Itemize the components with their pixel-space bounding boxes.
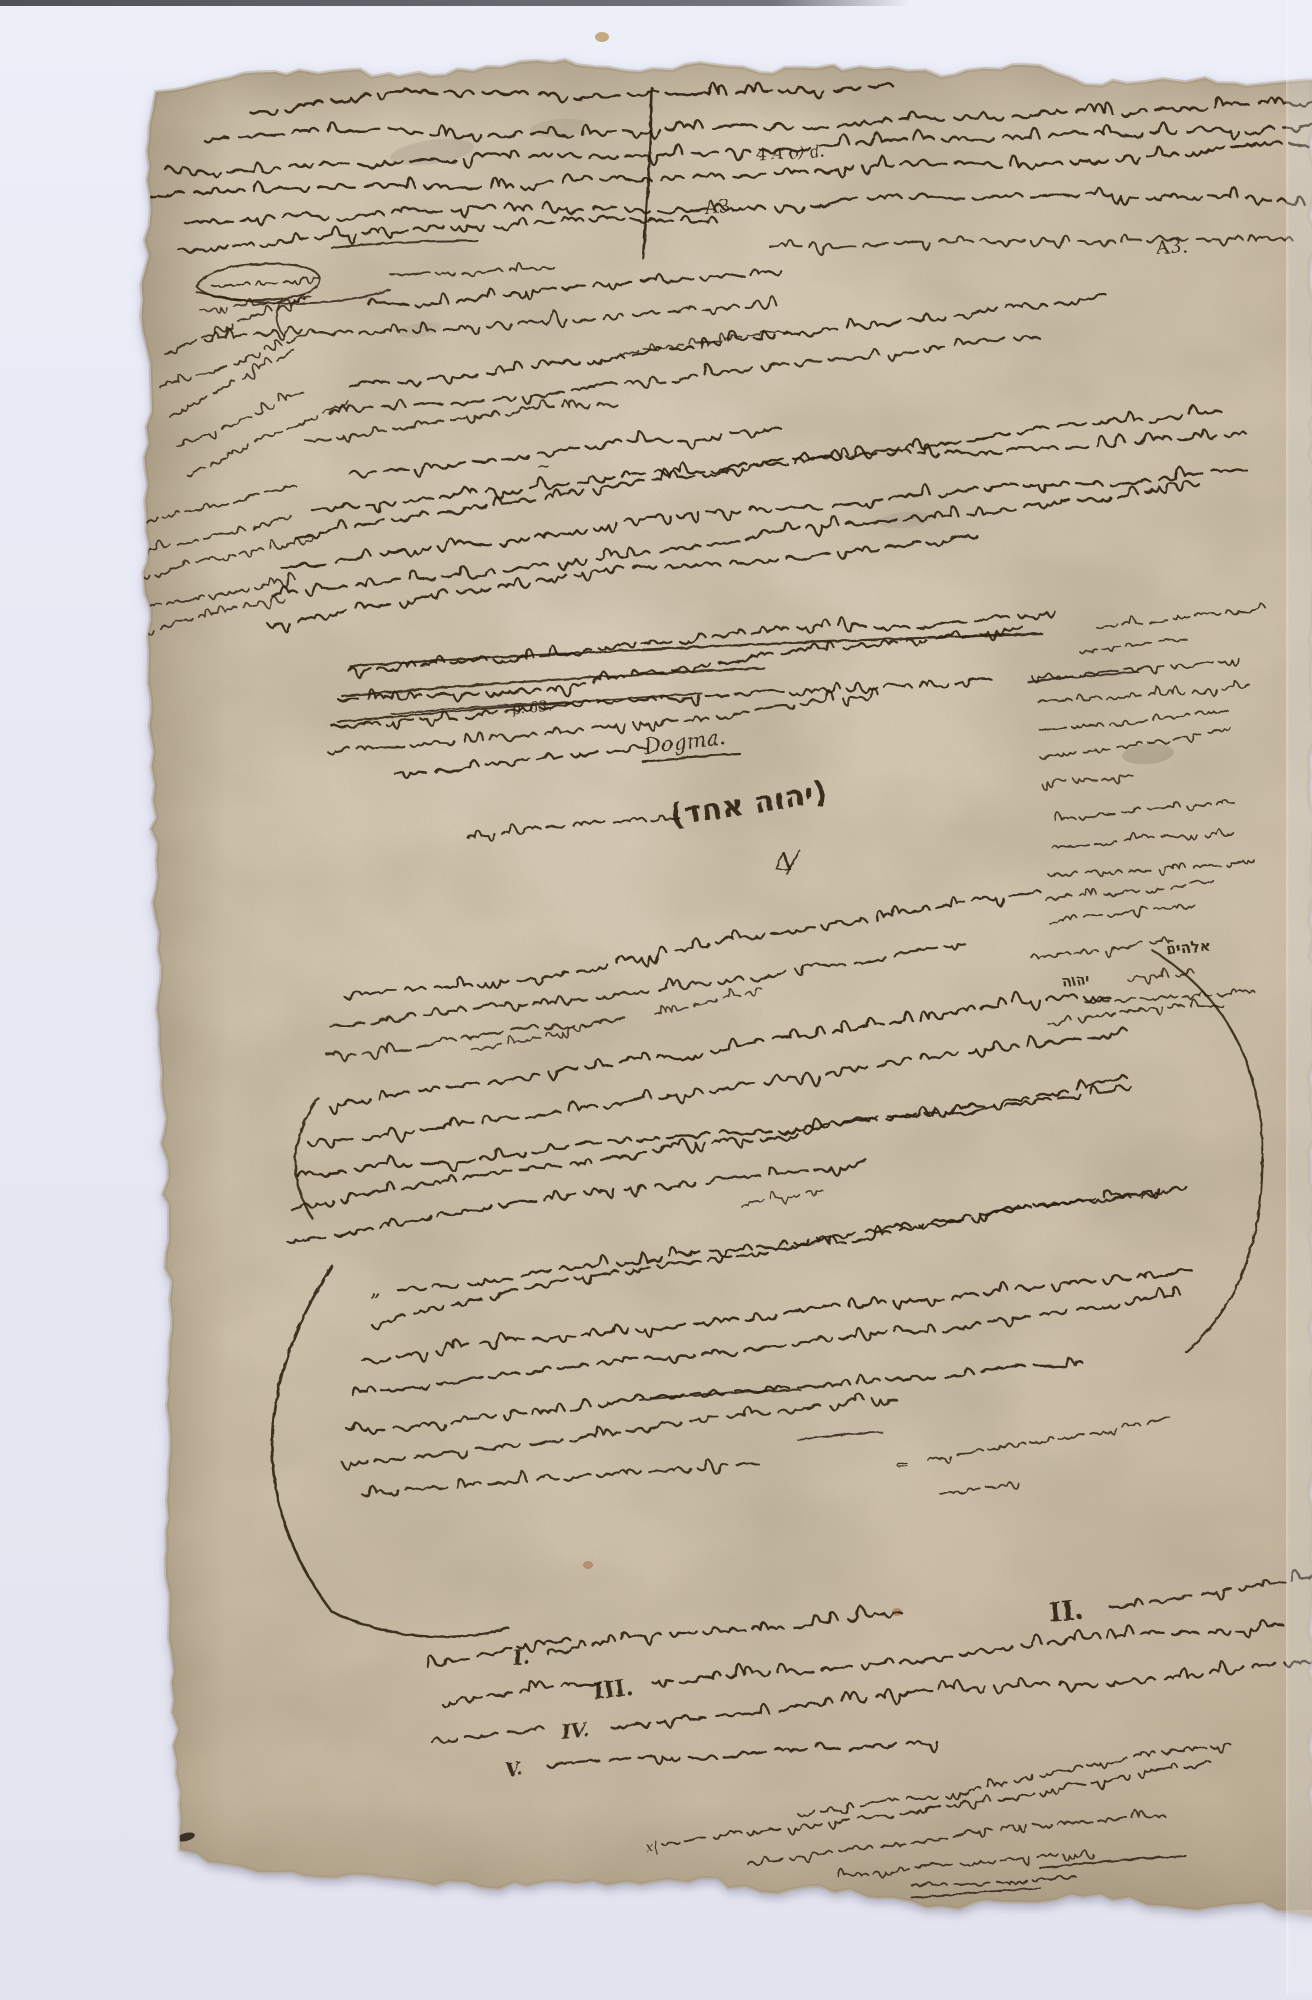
legible-fragment: I. xyxy=(511,1644,531,1670)
scanner-top-strip xyxy=(0,0,910,6)
legible-fragment: אלהים xyxy=(1165,937,1211,958)
legible-fragment: ~ xyxy=(536,456,551,476)
stain xyxy=(583,1561,593,1569)
legible-fragment: 4 A o) d. xyxy=(755,141,825,164)
legible-fragment: A3. xyxy=(703,195,737,219)
manuscript-page-svg: A3.A3.4 A o) d.p. 63.Dogma.(יהוה אחד)Δאל… xyxy=(0,0,1312,2000)
legible-fragment: II. xyxy=(1047,1595,1085,1629)
stain xyxy=(595,32,609,42)
legible-fragment: Δ xyxy=(775,848,792,876)
legible-fragment: IV. xyxy=(559,1717,591,1744)
legible-fragment: „ xyxy=(370,1277,381,1302)
scanner-line xyxy=(1286,0,1289,1995)
margin-paren-top xyxy=(123,152,138,254)
legible-fragment: ⇐ xyxy=(895,1455,909,1474)
legible-fragment: A3. xyxy=(1154,235,1188,259)
legible-fragment: יהוה xyxy=(1061,972,1090,990)
manuscript-scan: Scanned torn manuscript leaf on a pale l… xyxy=(0,0,1312,2000)
legible-fragment: V. xyxy=(504,1758,523,1781)
scanner-line-halo xyxy=(1289,0,1312,1995)
legible-fragment: III. xyxy=(592,1674,635,1705)
margin-paren-mid xyxy=(120,507,129,628)
legible-fragment: x| xyxy=(645,1839,659,1856)
